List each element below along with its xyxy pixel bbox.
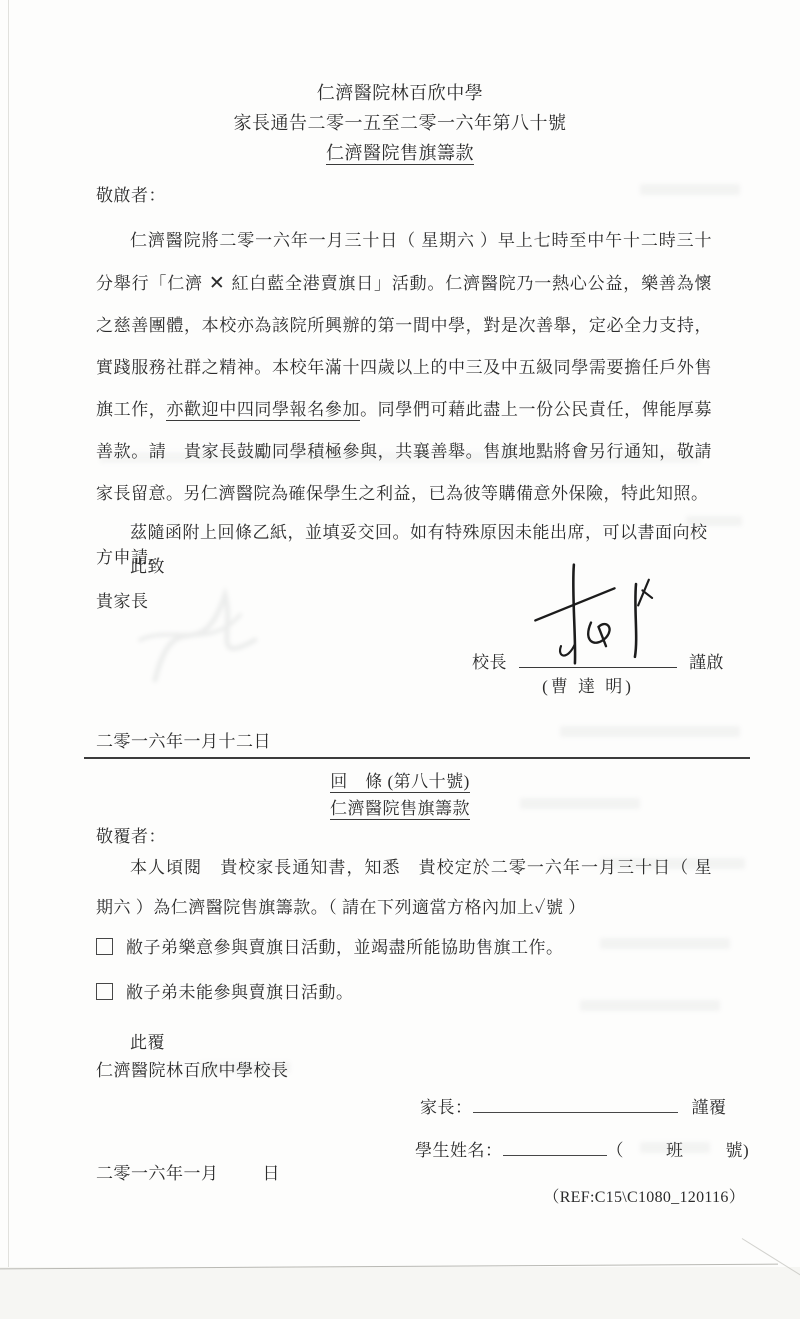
letter-date: 二零一六年一月十二日 — [96, 727, 271, 752]
letter-salutation: 敬啟者： — [96, 181, 712, 206]
student-info-row: 學生姓名：（班號) — [415, 1136, 749, 1161]
reply-date-row: 二零一六年一月日 — [96, 1159, 280, 1184]
reply-option-unable: 敝子弟未能參與賣旗日活動。 — [96, 978, 712, 1003]
parent-signature-field[interactable] — [473, 1097, 678, 1113]
tear-off-divider — [84, 757, 750, 759]
student-name-label: 學生姓名： — [415, 1141, 503, 1160]
reply-slip-title: 回 條 (第八十號) — [0, 767, 800, 792]
principal-role-label: 校長 — [472, 653, 507, 672]
reply-body: 本人頃閱 貴校家長通知書，知悉 貴校定於二零一六年一月三十日（ 星期六 ）為仁濟… — [96, 848, 712, 928]
parent-honorific: 謹覆 — [692, 1098, 727, 1117]
reply-slip-subject: 仁濟醫院售旗籌款 — [0, 794, 800, 819]
document-header: 仁濟醫院林百欣中學 家長通告二零一五至二零一六年第八十號 仁濟醫院售旗籌款 — [0, 78, 800, 168]
scan-background-strip — [0, 1267, 800, 1319]
parent-signature-row: 家長：謹覆 — [420, 1093, 727, 1118]
parent-label: 家長： — [420, 1098, 473, 1117]
checkbox-willing[interactable] — [96, 938, 113, 955]
reply-closing: 此覆 — [96, 1028, 712, 1053]
checkbox-unable[interactable] — [96, 983, 113, 1000]
option-label: 敝子弟樂意參與賣旗日活動，並竭盡所能協助售旗工作。 — [126, 938, 564, 957]
times-symbol: ✕ — [203, 272, 231, 294]
notice-subject: 仁濟醫院售旗籌款 — [0, 138, 800, 168]
reply-option-willing: 敝子弟樂意參與賣旗日活動，並竭盡所能協助售旗工作。 — [96, 933, 712, 958]
notice-number-line: 家長通告二零一五至二零一六年第八十號 — [0, 108, 800, 138]
principal-name: (曹 達 明) — [508, 672, 668, 697]
letter-paragraph-1: 仁濟醫院將二零一六年一月三十日（ 星期六 ）早上七時至中午十二時三十分舉行「仁濟… — [96, 220, 712, 515]
option-label: 敝子弟未能參與賣旗日活動。 — [126, 983, 354, 1002]
scanned-notice-page: 仁濟醫院林百欣中學 家長通告二零一五至二零一六年第八十號 仁濟醫院售旗籌款 敬啟… — [0, 0, 800, 1319]
reply-date-suffix: 日 — [263, 1164, 281, 1183]
reference-code: （REF:C15\C1080_120116） — [0, 1184, 745, 1207]
bleed-through-artifact — [560, 726, 740, 737]
scan-page-left-edge — [8, 0, 9, 1300]
reply-addressee: 仁濟醫院林百欣中學校長 — [96, 1056, 712, 1081]
signature-line-field[interactable] — [519, 653, 677, 668]
signature-row: 校長謹啟 — [472, 648, 724, 673]
class-label: 班 — [666, 1141, 684, 1160]
reply-salutation: 敬覆者： — [96, 822, 712, 847]
school-name: 仁濟醫院林百欣中學 — [0, 78, 800, 108]
signature-honorific: 謹啟 — [689, 653, 724, 672]
underlined-phrase: 亦歡迎中四同學報名參加 — [166, 400, 360, 421]
student-name-field[interactable] — [503, 1140, 607, 1156]
number-label: 號) — [726, 1141, 750, 1160]
bracket-open: （ — [607, 1141, 625, 1160]
reply-date-prefix: 二零一六年一月 — [96, 1164, 219, 1183]
paragraph-text: 紅白藍全港賣旗日」活動。仁濟醫院乃一熱心公益，樂善為懷之慈善團體，本校亦為該院所… — [96, 274, 712, 419]
